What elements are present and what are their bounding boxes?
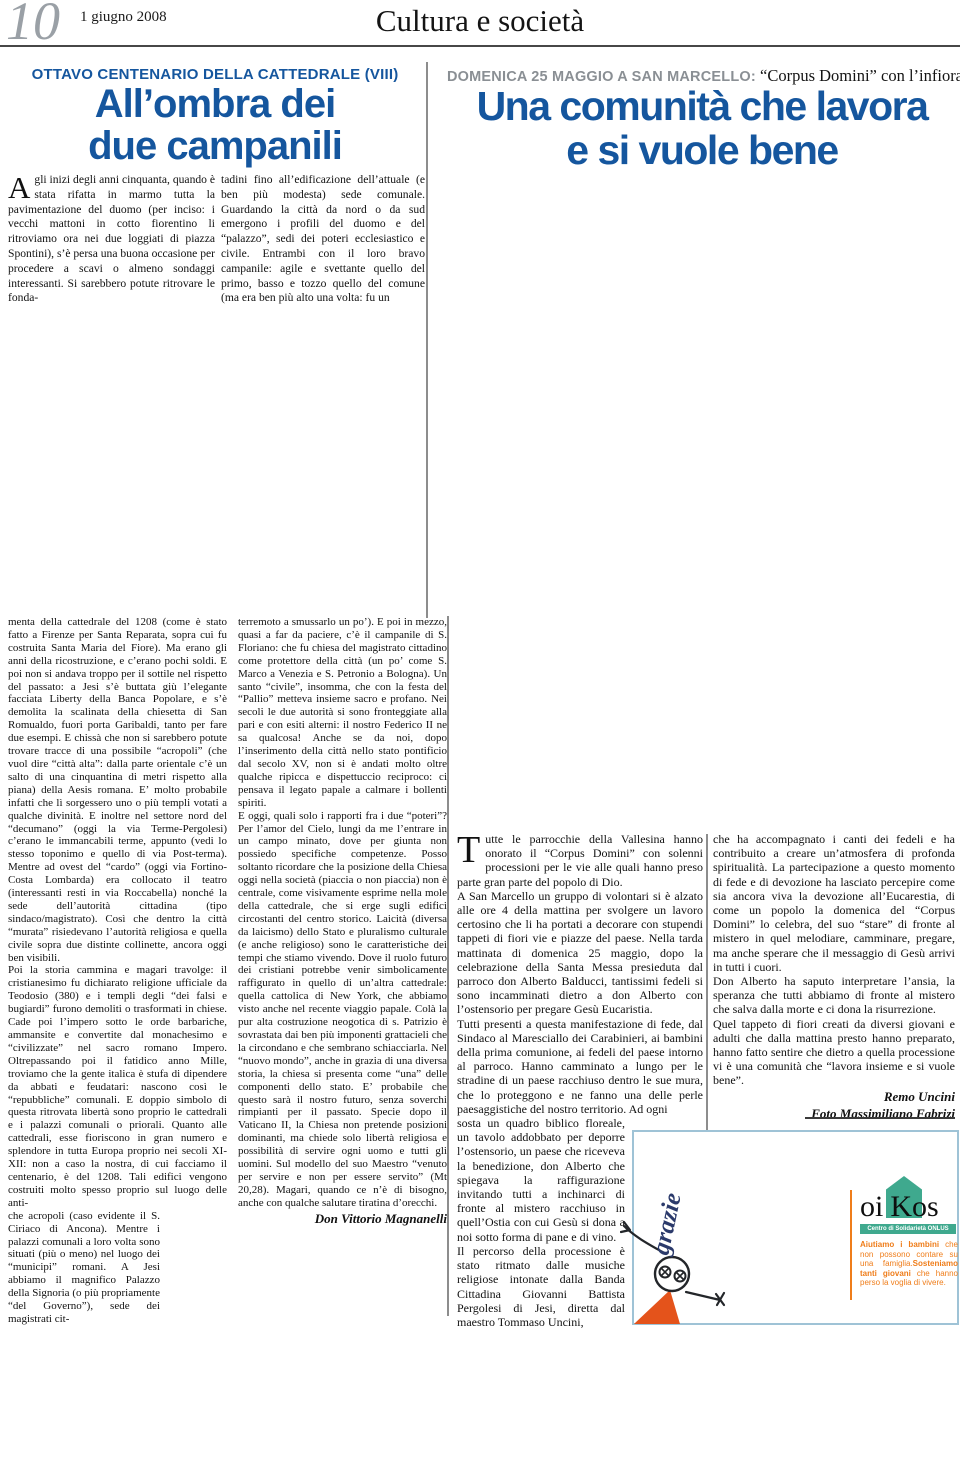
charity-ad-text: Aiutiamo i bambini che non possono conta… bbox=[860, 1240, 958, 1288]
right-article-column-b: che ha accompagnato i canti dei fedeli e… bbox=[713, 832, 955, 1122]
signature-rule bbox=[805, 1117, 955, 1119]
figure-body-triangle bbox=[634, 1290, 680, 1324]
right-colA-paragraph-2: A San Marcello un gruppo di volontari si… bbox=[457, 889, 703, 1017]
left-top-col1-text: gli inizi degli anni cinquanta, quando è… bbox=[8, 173, 215, 304]
divider-right-columns bbox=[706, 834, 708, 1174]
right-headline-line2: e si vuole bene bbox=[447, 128, 957, 172]
oikos-logo-kos: Kos bbox=[890, 1190, 938, 1223]
right-colA-paragraph-1: Tutte le parrocchie della Vallesina hann… bbox=[457, 832, 703, 889]
oikos-logo-subtitle: Centro di Solidarietà ONLUS bbox=[860, 1224, 956, 1234]
right-colA-p1-text: utte le parrocchie della Vallesina hanno… bbox=[457, 832, 703, 889]
ad-orange-rule bbox=[850, 1190, 852, 1300]
oikos-logo-oi: oi bbox=[860, 1190, 883, 1223]
left-article-bottom-column-1: menta della cattedrale del 1208 (come è … bbox=[8, 616, 227, 1459]
left-bottom-col1-paragraph-2: Poi la storia cammina e magari travolge:… bbox=[8, 964, 227, 1209]
drop-cap-t: T bbox=[457, 832, 485, 866]
divider-top-articles bbox=[426, 62, 428, 618]
left-article-bottom-column-2: terremoto a smussarlo un po’). E poi in … bbox=[238, 616, 447, 1227]
right-article-signature-author: Remo Uncini bbox=[713, 1089, 955, 1105]
left-bottom-col2-paragraph-1: terremoto a smussarlo un po’). E poi in … bbox=[238, 616, 447, 810]
figure-right-arm bbox=[686, 1292, 724, 1305]
drop-cap-a: A bbox=[8, 173, 34, 201]
section-title: Cultura e società bbox=[0, 3, 960, 39]
right-article-headline: Una comunità che lavora e si vuole bene bbox=[447, 84, 957, 172]
left-article-kicker: OTTAVO CENTENARIO DELLA CATTEDRALE (VIII… bbox=[8, 66, 422, 83]
left-headline-line2: due campanili bbox=[8, 125, 422, 167]
left-bottom-col1-paragraph-1: menta della cattedrale del 1208 (come è … bbox=[8, 616, 227, 964]
header-rule bbox=[0, 45, 960, 47]
oikos-logo-text: oiKos bbox=[860, 1192, 958, 1222]
right-colA-narrow-paragraph-1: sosta un quadro biblico floreale, un tav… bbox=[457, 1116, 625, 1244]
right-article-signature-photo: Foto Massimiliano Fabrizi bbox=[713, 1106, 955, 1122]
ad-text-bold-1: Aiutiamo i bambini bbox=[860, 1240, 939, 1249]
left-article-top-column-2: tadini fino all’edificazione dell’attual… bbox=[221, 173, 425, 306]
left-article-headline: All’ombra dei due campanili bbox=[8, 83, 422, 167]
right-headline-line1: Una comunità che lavora bbox=[447, 84, 957, 128]
divider-bottom-left bbox=[447, 616, 449, 1316]
left-bottom-col2-paragraph-2: E oggi, quali solo i rapporti fra i due … bbox=[238, 810, 447, 1210]
oikos-logo: oiKos Centro di Solidarietà ONLUS Aiutia… bbox=[860, 1192, 958, 1288]
right-colB-paragraph-3: Quel tappeto di fiori creati da diversi … bbox=[713, 1017, 955, 1088]
thank-you-figure-drawing: grazie bbox=[620, 1184, 740, 1326]
right-colA-paragraph-3: Tutti presenti a questa manifestazione d… bbox=[457, 1017, 703, 1116]
left-article-signature: Don Vittorio Magnanelli bbox=[238, 1211, 447, 1227]
left-bottom-col1-narrow-text: che acropoli (caso evidente il S. Ciriac… bbox=[8, 1210, 160, 1326]
left-top-col2-text: tadini fino all’edificazione dell’attual… bbox=[221, 173, 425, 306]
right-colB-paragraph-2: Don Alberto ha saputo interpretare l’ans… bbox=[713, 974, 955, 1017]
grazie-handwriting: grazie bbox=[647, 1190, 687, 1258]
left-headline-line1: All’ombra dei bbox=[8, 83, 422, 125]
left-article-top-column-1: Agli inizi degli anni cinquanta, quando … bbox=[8, 173, 215, 306]
right-colB-paragraph-1: che ha accompagnato i canti dei fedeli e… bbox=[713, 832, 955, 974]
right-colA-narrow-paragraph-2: Il percorso della processione è stato ri… bbox=[457, 1244, 625, 1329]
charity-ad-box: grazie oiKos Centro di Solidarietà ONLUS… bbox=[632, 1130, 959, 1325]
newspaper-page: 10 1 giugno 2008 Cultura e società OTTAV… bbox=[0, 0, 960, 1459]
